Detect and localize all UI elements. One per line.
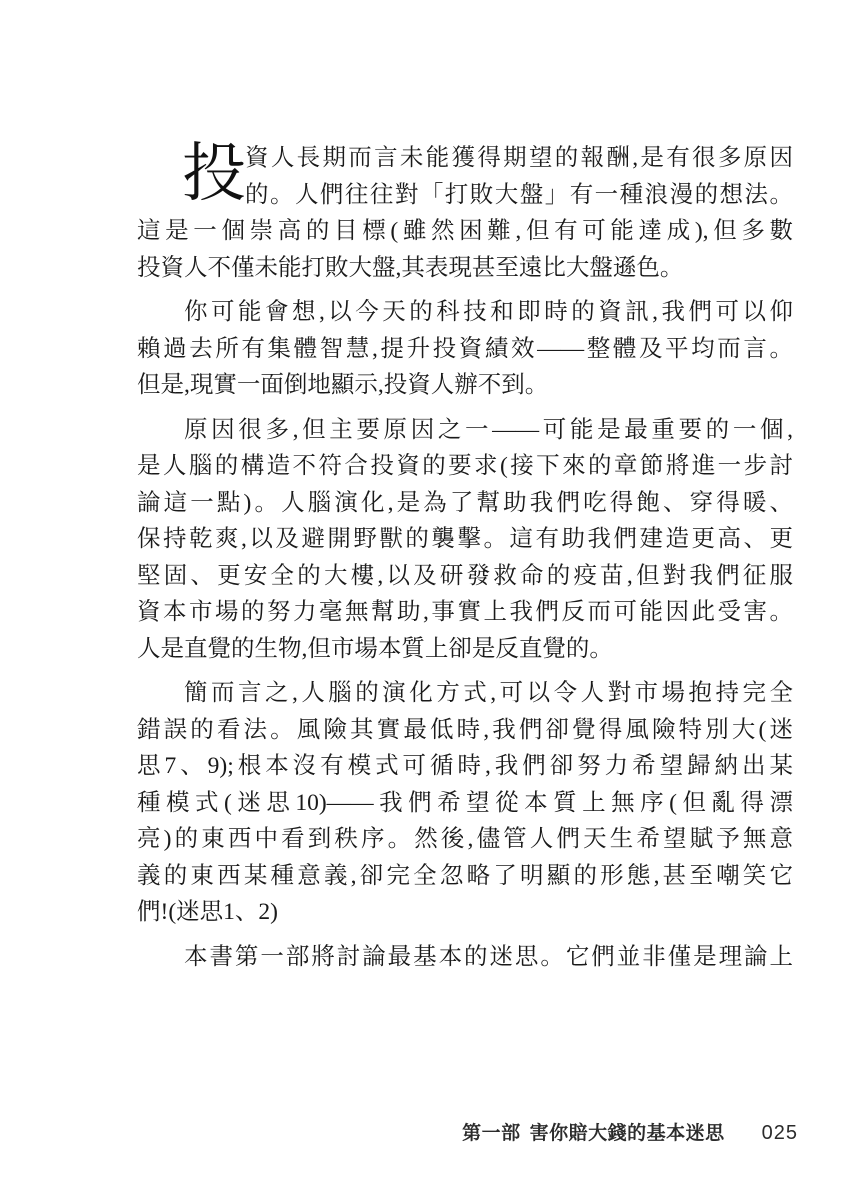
- paragraph-2: 你可能會想,以今天的科技和即時的資訊,我們可以仰 賴過去所有集體智慧,提升投資績…: [137, 294, 793, 404]
- text-line: 義的東西某種意義,卻完全忽略了明顯的形態,甚至嘲笑它: [137, 858, 793, 895]
- text-line: 原因很多,但主要原因之一——可能是最重要的一個,: [137, 412, 793, 449]
- text-line: 種模式(迷思10)——我們希望從本質上無序(但亂得漂: [137, 785, 793, 822]
- paragraph-5: 本書第一部將討論最基本的迷思。它們並非僅是理論上: [137, 939, 793, 976]
- text-line: 的。人們往往對「打敗大盤」有一種浪漫的想法。: [137, 177, 793, 214]
- text-line: 本書第一部將討論最基本的迷思。它們並非僅是理論上: [137, 939, 793, 976]
- text-line: 們!(迷思1、2): [137, 894, 793, 931]
- footer-part-title: 害你賠大錢的基本迷思: [530, 1123, 725, 1144]
- text-line: 堅固、更安全的大樓,以及研發救命的疫苗,但對我們征服: [137, 558, 793, 595]
- paragraph-1: 資人長期而言未能獲得期望的報酬,是有很多原因 的。人們往往對「打敗大盤」有一種浪…: [137, 140, 793, 286]
- footer-page-number: 025: [762, 1122, 798, 1145]
- text-line: 但是,現實一面倒地顯示,投資人辦不到。: [137, 367, 793, 404]
- book-page: 投 資人長期而言未能獲得期望的報酬,是有很多原因 的。人們往往對「打敗大盤」有一…: [0, 0, 845, 1200]
- text-line: 論這一點)。人腦演化,是為了幫助我們吃得飽、穿得暖、: [137, 485, 793, 522]
- text-line: 簡而言之,人腦的演化方式,可以令人對市場抱持完全: [137, 675, 793, 712]
- text-line: 錯誤的看法。風險其實最低時,我們卻覺得風險特別大(迷: [137, 712, 793, 749]
- text-line: 資本市場的努力毫無幫助,事實上我們反而可能因此受害。: [137, 594, 793, 631]
- text-line: 你可能會想,以今天的科技和即時的資訊,我們可以仰: [137, 294, 793, 331]
- paragraph-4: 簡而言之,人腦的演化方式,可以令人對市場抱持完全 錯誤的看法。風險其實最低時,我…: [137, 675, 793, 931]
- page-footer: 第一部害你賠大錢的基本迷思025: [0, 1118, 798, 1145]
- text-line: 保持乾爽,以及避開野獸的襲擊。這有助我們建造更高、更: [137, 521, 793, 558]
- text-line: 投資人不僅未能打敗大盤,其表現甚至遠比大盤遜色。: [137, 250, 793, 287]
- text-line: 人是直覺的生物,但市場本質上卻是反直覺的。: [137, 631, 793, 668]
- text-line: 思7、9);根本沒有模式可循時,我們卻努力希望歸納出某: [137, 748, 793, 785]
- text-line: 亮)的東西中看到秩序。然後,儘管人們天生希望賦予無意: [137, 821, 793, 858]
- paragraph-3: 原因很多,但主要原因之一——可能是最重要的一個, 是人腦的構造不符合投資的要求(…: [137, 412, 793, 668]
- body-text: 資人長期而言未能獲得期望的報酬,是有很多原因 的。人們往往對「打敗大盤」有一種浪…: [137, 140, 793, 975]
- text-line: 賴過去所有集體智慧,提升投資績效——整體及平均而言。: [137, 331, 793, 368]
- footer-part-label: 第一部: [462, 1123, 521, 1144]
- text-line: 是人腦的構造不符合投資的要求(接下來的章節將進一步討: [137, 448, 793, 485]
- text-line: 這是一個崇高的目標(雖然困難,但有可能達成),但多數: [137, 213, 793, 250]
- text-line: 資人長期而言未能獲得期望的報酬,是有很多原因: [137, 140, 793, 177]
